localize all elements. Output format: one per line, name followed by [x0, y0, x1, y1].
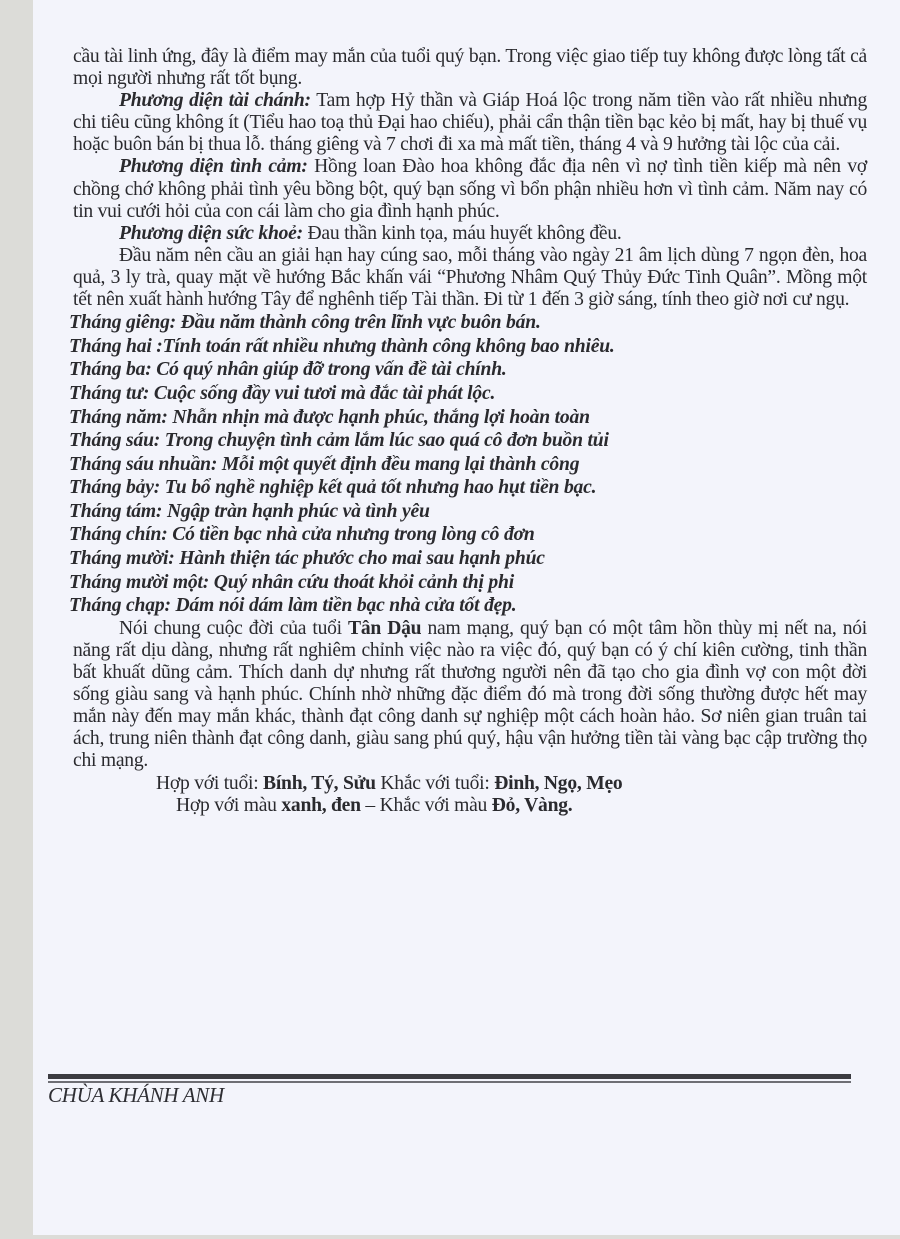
- paragraph-finance: Phương diện tài chánh: Tam hợp Hỷ thần v…: [73, 90, 867, 156]
- rituals-text: Đầu năm nên cầu an giải hạn hay cúng sao…: [73, 245, 867, 310]
- compat-color-label: Hợp với màu: [176, 795, 281, 816]
- compat-color-bad-label: – Khắc với màu: [361, 795, 492, 816]
- month-item-6: Tháng sáu: Trong chuyện tình cảm lắm lúc…: [69, 429, 867, 453]
- footer-temple-name: CHÙA KHÁNH ANH: [48, 1083, 224, 1108]
- health-heading: Phương diện sức khoẻ:: [119, 223, 303, 244]
- month-item-6-leap: Tháng sáu nhuần: Mỗi một quyết định đều …: [69, 453, 867, 477]
- compat-age-good: Bính, Tý, Sửu: [263, 773, 376, 794]
- finance-heading: Phương diện tài chánh:: [119, 90, 311, 111]
- compat-color-bad: Đỏ, Vàng.: [492, 795, 573, 816]
- summary-age-name: Tân Dậu: [348, 618, 421, 639]
- month-item-4: Tháng tư: Cuộc sống đầy vui tươi mà đắc …: [69, 382, 867, 406]
- month-item-8: Tháng tám: Ngập tràn hạnh phúc và tình y…: [69, 500, 867, 524]
- month-item-9: Tháng chín: Có tiền bạc nhà cửa nhưng tr…: [69, 523, 867, 547]
- health-text: Đau thần kinh tọa, máu huyết không đều.: [303, 223, 622, 244]
- month-item-1: Tháng giêng: Đầu năm thành công trên lĩn…: [69, 311, 867, 335]
- footer-rule-thick: [48, 1074, 851, 1079]
- compatibility-age-line: Hợp với tuổi: Bính, Tý, Sửu Khắc với tuổ…: [73, 773, 867, 795]
- paragraph-rituals: Đầu năm nên cầu an giải hạn hay cúng sao…: [73, 245, 867, 311]
- compat-age-bad: Đinh, Ngọ, Mẹo: [494, 773, 622, 794]
- compat-age-label: Hợp với tuổi:: [156, 773, 263, 794]
- summary-text-before: Nói chung cuộc đời của tuổi: [119, 618, 348, 639]
- month-item-7: Tháng bảy: Tu bổ nghề nghiệp kết quả tốt…: [69, 476, 867, 500]
- paragraph-summary: Nói chung cuộc đời của tuổi Tân Dậu nam …: [73, 618, 867, 773]
- month-item-12: Tháng chạp: Dám nói dám làm tiền bạc nhà…: [69, 594, 867, 618]
- love-heading: Phương diện tình cảm:: [119, 156, 308, 177]
- month-item-5: Tháng năm: Nhẫn nhịn mà được hạnh phúc, …: [69, 406, 867, 430]
- compatibility-color-line: Hợp với màu xanh, đen – Khắc với màu Đỏ,…: [73, 795, 867, 817]
- summary-text-after: nam mạng, quý bạn có một tâm hồn thùy mị…: [73, 618, 867, 772]
- month-item-10: Tháng mười: Hành thiện tác phước cho mai…: [69, 547, 867, 571]
- compat-age-bad-label: Khắc với tuổi:: [376, 773, 494, 794]
- document-body: cầu tài linh ứng, đây là điểm may mắn củ…: [73, 46, 867, 817]
- paragraph-love: Phương diện tình cảm: Hồng loan Đào hoa …: [73, 156, 867, 222]
- monthly-forecast-list: Tháng giêng: Đầu năm thành công trên lĩn…: [69, 311, 867, 618]
- month-item-2: Tháng hai :Tính toán rất nhiều nhưng thà…: [69, 335, 867, 359]
- paragraph-text: cầu tài linh ứng, đây là điểm may mắn củ…: [73, 46, 867, 89]
- compat-color-good: xanh, đen: [281, 795, 360, 816]
- paragraph-health: Phương diện sức khoẻ: Đau thần kinh tọa,…: [73, 223, 867, 245]
- month-item-3: Tháng ba: Có quý nhân giúp đỡ trong vấn …: [69, 358, 867, 382]
- month-item-11: Tháng mười một: Quý nhân cứu thoát khỏi …: [69, 571, 867, 595]
- paragraph-intro-continuation: cầu tài linh ứng, đây là điểm may mắn củ…: [73, 46, 867, 90]
